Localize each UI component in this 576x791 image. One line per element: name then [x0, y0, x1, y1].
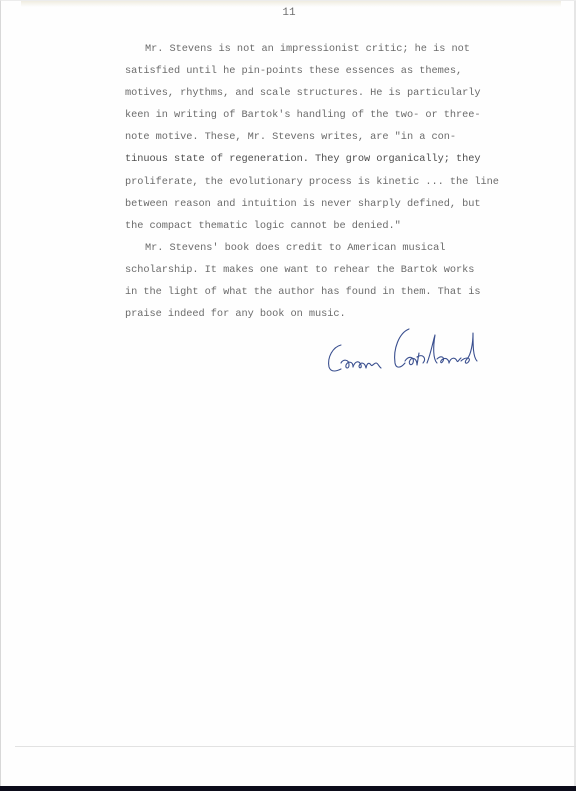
text-line: in the light of what the author has foun… — [125, 281, 545, 303]
scanner-edge — [0, 786, 576, 791]
signature-scrawl-icon — [319, 323, 529, 378]
text-line: keen in writing of Bartok's handling of … — [125, 104, 545, 126]
page-number: 11 — [1, 7, 576, 19]
text-line: praise indeed for any book on music. — [125, 303, 545, 325]
text-line: satisfied until he pin-points these esse… — [125, 60, 545, 82]
text-line: Mr. Stevens' book does credit to America… — [125, 237, 545, 259]
text-line: between reason and intuition is never sh… — [125, 193, 545, 215]
text-line: note motive. These, Mr. Stevens writes, … — [125, 126, 545, 148]
text-line: Mr. Stevens is not an impressionist crit… — [125, 38, 545, 60]
document-page: 11 Mr. Stevens is not an impressionist c… — [0, 0, 576, 786]
text-line: tinuous state of regeneration. They grow… — [125, 148, 545, 170]
handwritten-signature: Aaron Copland — [319, 323, 529, 378]
body-text: Mr. Stevens is not an impressionist crit… — [125, 38, 545, 325]
text-line: scholarship. It makes one want to rehear… — [125, 259, 545, 281]
text-line: the compact thematic logic cannot be den… — [125, 215, 545, 237]
text-line: proliferate, the evolutionary process is… — [125, 171, 545, 193]
text-line: motives, rhythms, and scale structures. … — [125, 82, 545, 104]
fold-line — [15, 746, 576, 747]
